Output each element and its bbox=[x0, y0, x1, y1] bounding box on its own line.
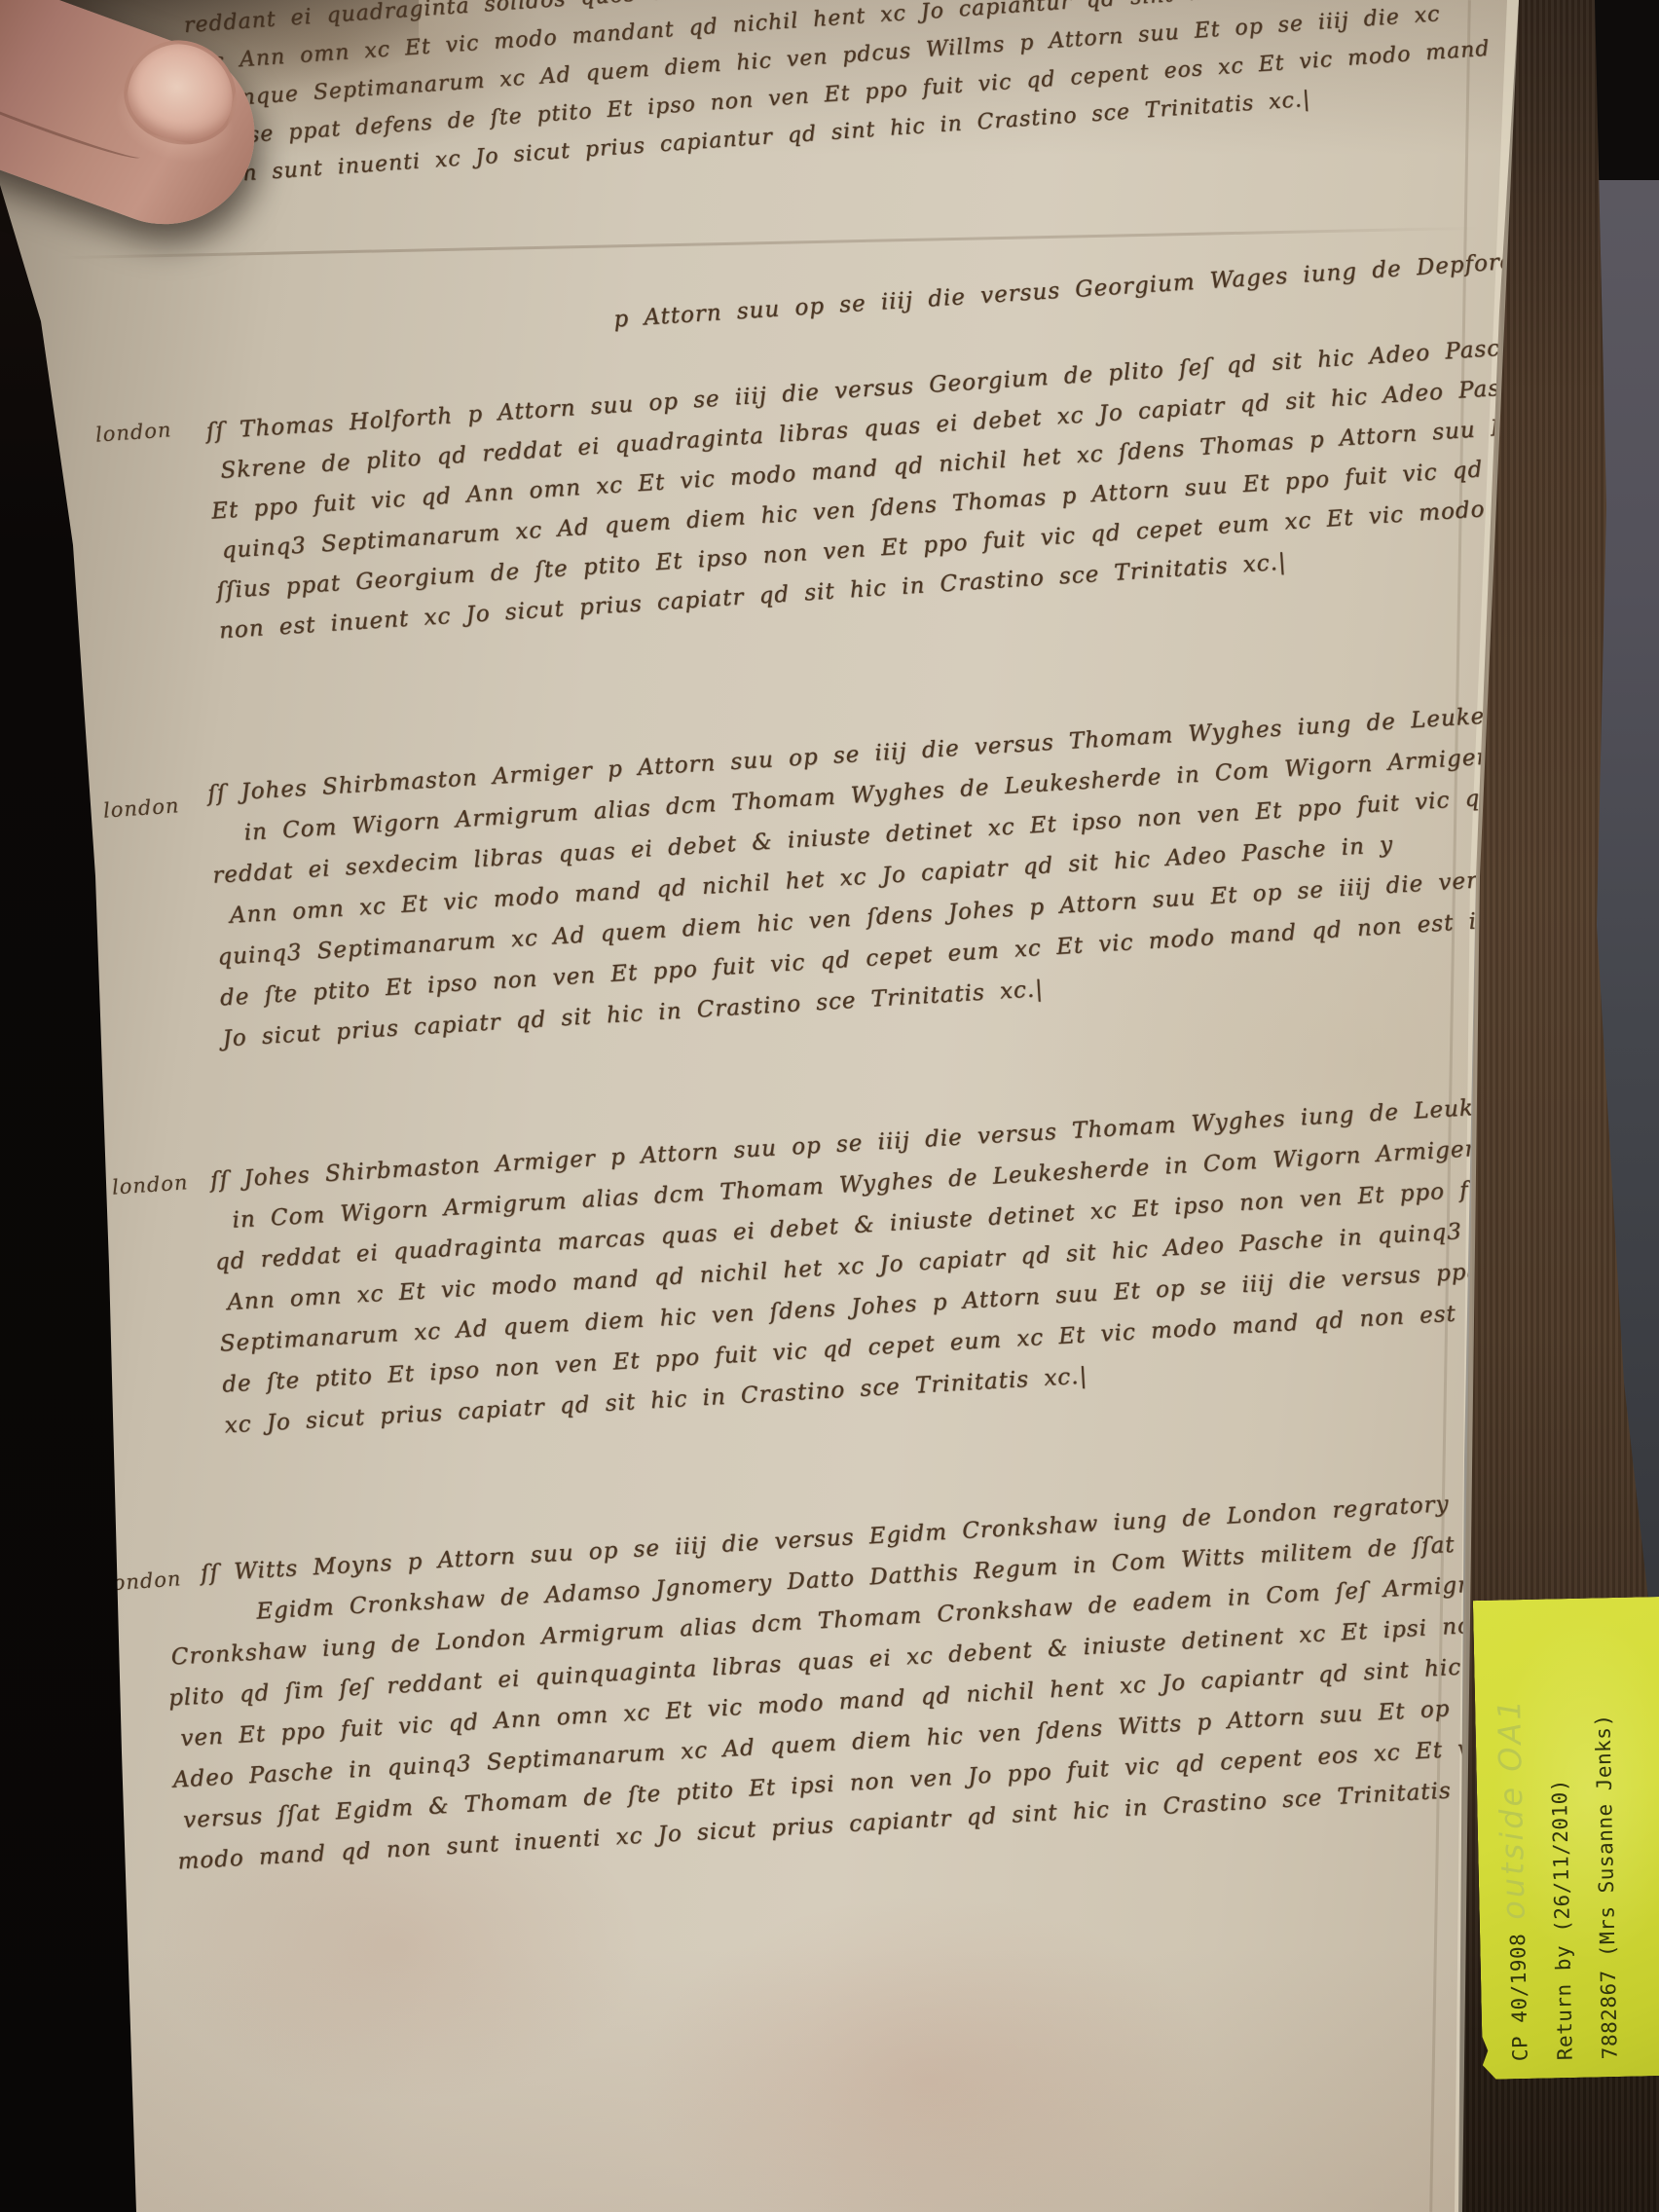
note-reader-line: 7882867 (Mrs Susanne Jenks) bbox=[1578, 1598, 1633, 2060]
manuscript-entry: p Attorn suu op se iiij die versus Georg… bbox=[200, 230, 1659, 651]
margin-annotation: london bbox=[102, 793, 180, 822]
margin-annotation: london bbox=[94, 418, 172, 446]
sticky-note: 7882867 CP 40/1908outside OA1 Return by … bbox=[1473, 1597, 1659, 2080]
thumb-knuckle-crease bbox=[0, 76, 143, 165]
note-reference: CP 40/1908 bbox=[1506, 1933, 1532, 2061]
sticky-note-text: 7882867 CP 40/1908outside OA1 Return by … bbox=[1473, 1597, 1659, 2080]
manuscript-entry: ſſ Johes Shirbmaston Armiger p Attorn su… bbox=[206, 682, 1659, 1059]
manuscript-entry: ſſ Witts Moyns p Attorn suu op se iiij d… bbox=[161, 1475, 1625, 1883]
manuscript-entry: ſſ Johes Shirbmaston Armiger p Attorn su… bbox=[209, 1081, 1616, 1447]
photo-of-plea-roll: uersus Johem Dauys & Thomam Grene de pli… bbox=[0, 0, 1659, 2212]
manuscript-text-layer: uersus Johem Dauys & Thomam Grene de pli… bbox=[0, 0, 1659, 2212]
margin-annotation: london bbox=[111, 1170, 189, 1198]
note-pencil-annotation: outside OA1 bbox=[1491, 1697, 1532, 1920]
